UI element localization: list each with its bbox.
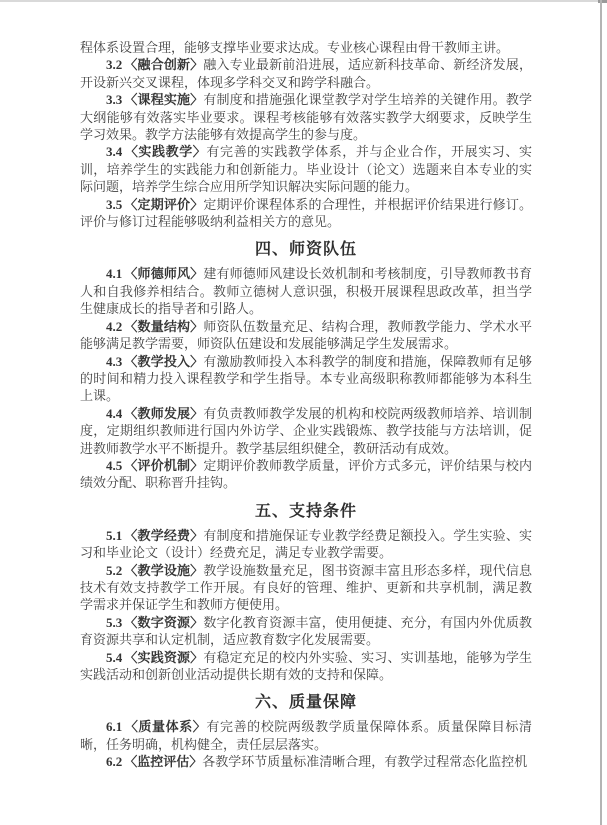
item-number-label: 3.3〈课程实施〉 [106, 92, 203, 107]
item-number: 5.4 [106, 650, 122, 665]
item-number: 6.2 [106, 754, 122, 769]
item-number-label: 5.4〈实践资源〉 [106, 650, 203, 665]
item-number: 4.2 [106, 319, 122, 334]
item-number: 4.3 [106, 354, 122, 369]
item-title: 〈数量结构〉 [124, 319, 203, 334]
item-number-label: 4.1〈师德师风〉 [106, 266, 203, 281]
item-text: 各教学环节质量标准清晰合理，有教学过程常态化监控机 [202, 754, 527, 769]
item-title: 〈教学经费〉 [124, 528, 203, 543]
item-number: 5.1 [106, 528, 122, 543]
item-title: 〈评价机制〉 [124, 458, 203, 473]
item-paragraph: 5.3〈数字资源〉数字化教育资源丰富，使用便捷、充分，有国内外优质教育资源共享和… [80, 614, 532, 649]
item-number-label: 4.4〈教师发展〉 [106, 406, 203, 421]
section-heading: 五、支持条件 [80, 502, 532, 522]
item-number-label: 6.1〈质量体系〉 [106, 719, 206, 734]
item-number-label: 4.2〈数量结构〉 [106, 319, 203, 334]
item-number-label: 4.3〈教学投入〉 [106, 354, 203, 369]
item-number: 5.2 [106, 563, 122, 578]
item-paragraph: 4.5〈评价机制〉定期评价教师教学质量，评价方式多元，评价结果与校内绩效分配、职… [80, 457, 532, 492]
section-heading: 六、质量保障 [80, 693, 532, 713]
item-title: 〈师德师风〉 [124, 266, 203, 281]
item-title: 〈数字资源〉 [124, 615, 203, 630]
item-paragraph: 4.3〈教学投入〉有激励教师投入本科教学的制度和措施，保障教师有足够的时间和精力… [80, 353, 532, 405]
item-title: 〈教师发展〉 [124, 406, 203, 421]
item-title: 〈教学设施〉 [124, 563, 203, 578]
item-paragraph: 5.2〈教学设施〉教学设施数量充足，图书资源丰富且形态多样，现代信息技术有效支持… [80, 562, 532, 614]
section-heading: 四、师资队伍 [80, 240, 532, 260]
item-number-label: 4.5〈评价机制〉 [106, 458, 203, 473]
item-paragraph: 3.3〈课程实施〉有制度和措施强化课堂教学对学生培养的关键作用。教学大纲能够有效… [80, 91, 532, 143]
page-top-edge [0, 0, 607, 2]
item-paragraph: 4.4〈教师发展〉有负责教师教学发展的机构和校院两级教师培养、培训制度，定期组织… [80, 405, 532, 457]
item-number-label: 6.2〈监控评估〉 [106, 754, 202, 769]
document-page: 程体系设置合理，能够支撑毕业要求达成。专业核心课程由骨干教师主讲。 3.2〈融合… [0, 0, 607, 825]
item-title: 〈质量体系〉 [124, 719, 206, 734]
item-title: 〈定期评价〉 [124, 197, 203, 212]
item-number: 4.4 [106, 406, 122, 421]
item-paragraph: 4.1〈师德师风〉建有师德师风建设长效机制和考核制度，引导教师教书育人和自我修养… [80, 265, 532, 317]
item-title: 〈实践教学〉 [124, 144, 206, 159]
item-paragraph: 4.2〈数量结构〉师资队伍数量充足、结构合理，教师教学能力、学术水平能够满足教学… [80, 318, 532, 353]
item-number: 3.4 [106, 144, 122, 159]
page-content: 程体系设置合理，能够支撑毕业要求达成。专业核心课程由骨干教师主讲。 3.2〈融合… [80, 39, 532, 771]
item-title: 〈课程实施〉 [124, 92, 203, 107]
item-number-label: 3.2〈融合创新〉 [106, 57, 203, 72]
item-number-label: 5.3〈数字资源〉 [106, 615, 203, 630]
item-paragraph: 5.4〈实践资源〉有稳定充足的校内外实验、实习、实训基地，能够为学生实践活动和创… [80, 649, 532, 684]
item-paragraph: 6.1〈质量体系〉有完善的校院两级教学质量保障体系。质量保障目标清晰，任务明确，… [80, 718, 532, 753]
item-number-label: 5.1〈教学经费〉 [106, 528, 203, 543]
item-paragraph: 3.5〈定期评价〉定期评价课程体系的合理性，并根据评价结果进行修订。评价与修订过… [80, 196, 532, 231]
continuation-paragraph: 程体系设置合理，能够支撑毕业要求达成。专业核心课程由骨干教师主讲。 [80, 39, 532, 56]
item-title: 〈融合创新〉 [124, 57, 203, 72]
item-paragraph: 6.2〈监控评估〉各教学环节质量标准清晰合理，有教学过程常态化监控机 [80, 753, 532, 770]
item-paragraph: 5.1〈教学经费〉有制度和措施保证专业教学经费足额投入。学生实验、实习和毕业论文… [80, 527, 532, 562]
item-number: 6.1 [106, 719, 122, 734]
item-number: 3.5 [106, 197, 122, 212]
item-number-label: 3.5〈定期评价〉 [106, 197, 203, 212]
item-number: 4.1 [106, 266, 122, 281]
item-paragraph: 3.4〈实践教学〉有完善的实践教学体系，并与企业合作，开展实习、实训，培养学生的… [80, 143, 532, 195]
item-number: 5.3 [106, 615, 122, 630]
item-number-label: 5.2〈教学设施〉 [106, 563, 203, 578]
item-title: 〈实践资源〉 [124, 650, 203, 665]
item-number-label: 3.4〈实践教学〉 [106, 144, 206, 159]
item-title: 〈监控评估〉 [124, 754, 202, 769]
sections-container: 3.2〈融合创新〉融入专业最新前沿进展，适应新科技革命、新经济发展，开设新兴交叉… [80, 56, 532, 770]
item-paragraph: 3.2〈融合创新〉融入专业最新前沿进展，适应新科技革命、新经济发展，开设新兴交叉… [80, 56, 532, 91]
item-number: 4.5 [106, 458, 122, 473]
page-right-edge [600, 0, 602, 825]
item-number: 3.3 [106, 92, 122, 107]
item-title: 〈教学投入〉 [124, 354, 203, 369]
item-number: 3.2 [106, 57, 122, 72]
